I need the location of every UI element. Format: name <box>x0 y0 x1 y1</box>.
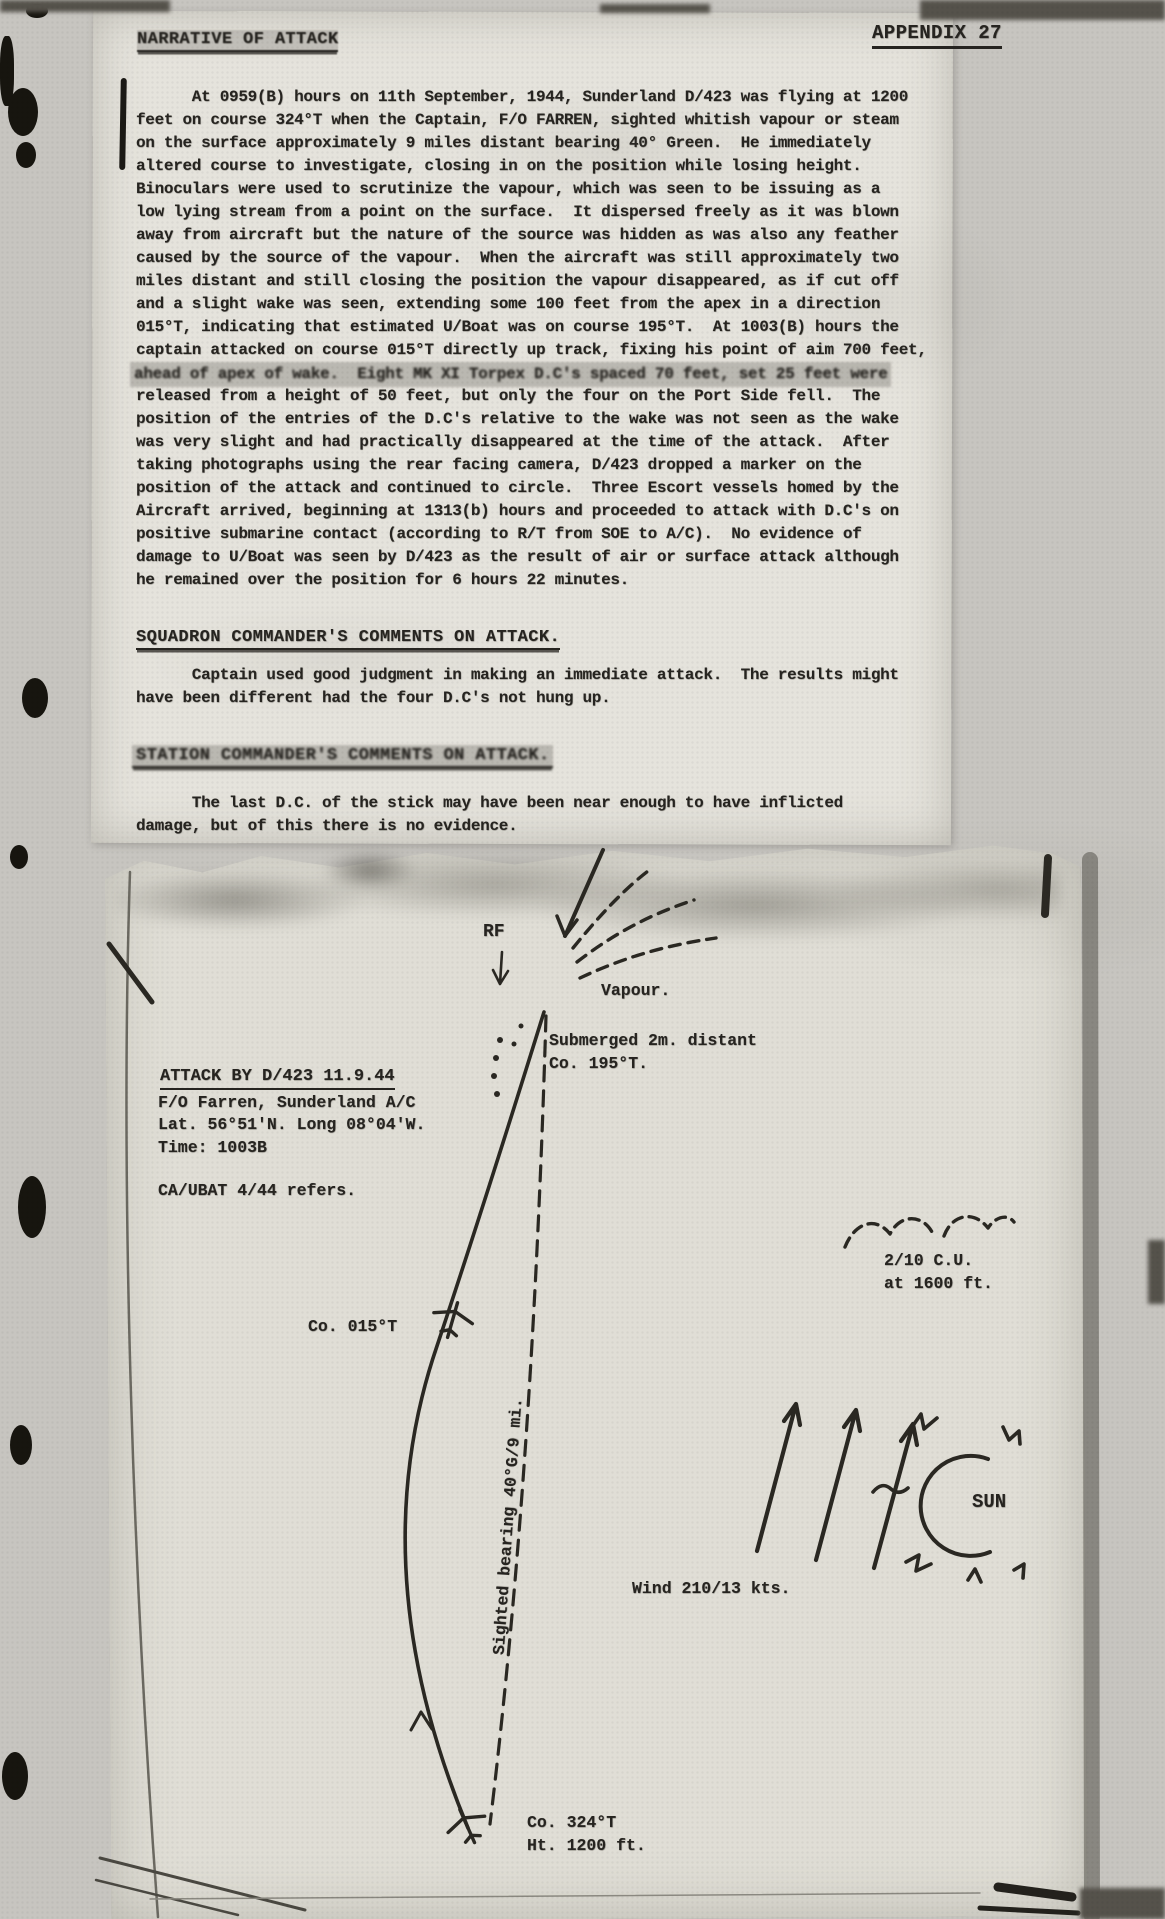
label-submerged-1: Submerged 2m. distant <box>549 1030 757 1051</box>
attack-position-line: Lat. 56°51'N. Long 08°04'W. <box>158 1114 425 1135</box>
punch-hole <box>10 1425 32 1465</box>
label-course-324: Co. 324°T <box>527 1812 616 1833</box>
scanned-document-page: NARRATIVE OF ATTACK APPENDIX 27 At 0959(… <box>0 0 1165 1919</box>
attack-time-line: Time: 1003B <box>158 1137 267 1158</box>
label-cloud-2: at 1600 ft. <box>884 1273 993 1294</box>
sheet-right-shadow <box>1090 860 1092 1916</box>
punch-hole <box>2 1752 28 1800</box>
edge-shadow <box>1148 1240 1165 1304</box>
appendix-label: APPENDIX 27 <box>872 22 1002 49</box>
squadron-comments-body: Captain used good judgment in making an … <box>136 664 899 710</box>
label-sun: SUN <box>972 1492 1006 1513</box>
label-rf: RF <box>483 922 505 943</box>
narrative-paragraph-2: released from a height of 50 feet, but o… <box>136 385 899 592</box>
label-wind: Wind 210/13 kts. <box>632 1578 790 1599</box>
attack-refers-line: CA/UBAT 4/44 refers. <box>158 1180 356 1201</box>
label-cloud-1: 2/10 C.U. <box>884 1250 973 1271</box>
punch-hole <box>22 678 48 718</box>
edge-shadow <box>1080 1888 1165 1919</box>
attack-title: ATTACK BY D/423 11.9.44 <box>160 1066 395 1090</box>
station-comments-body: The last D.C. of the stick may have been… <box>136 792 843 838</box>
page-title: NARRATIVE OF ATTACK <box>137 30 338 52</box>
sheet-top-smudge <box>115 850 1060 944</box>
narrative-paragraph-1: At 0959(B) hours on 11th September, 1944… <box>136 86 927 362</box>
edge-shadow <box>600 4 710 13</box>
label-course-015: Co. 015°T <box>308 1316 397 1337</box>
edge-shadow <box>0 0 170 12</box>
label-height-1200: Ht. 1200 ft. <box>527 1835 646 1856</box>
station-comments-heading: STATION COMMANDER'S COMMENTS ON ATTACK. <box>132 745 553 768</box>
punch-hole <box>10 845 28 869</box>
attack-diagram-sheet <box>105 843 1088 1919</box>
squadron-comments-heading: SQUADRON COMMANDER'S COMMENTS ON ATTACK. <box>136 628 560 650</box>
edge-shadow <box>920 0 1165 20</box>
narrative-smudged-line: ahead of apex of wake. Eight MK XI Torpe… <box>130 362 891 387</box>
label-vapour: Vapour. <box>601 980 670 1001</box>
attack-pilot-line: F/O Farren, Sunderland A/C <box>158 1092 415 1113</box>
punch-hole <box>18 1176 46 1238</box>
punch-hole <box>8 88 38 136</box>
punch-hole <box>16 142 36 168</box>
label-submerged-2: Co. 195°T. <box>549 1053 648 1074</box>
